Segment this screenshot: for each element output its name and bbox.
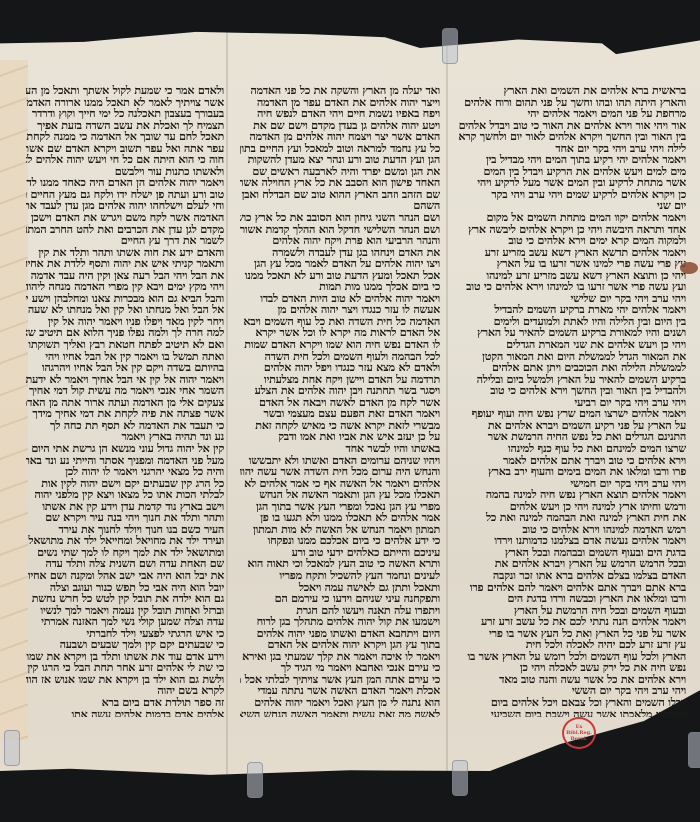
text-line: וברזל ואחות תובל קין נעמה ויאמר למך לנשי… bbox=[26, 605, 224, 617]
text-line: לשמר את דרך עץ החיים bbox=[26, 235, 224, 247]
text-line: ויכלו השמים והארץ וכל צבאם ויכל אלהים בי… bbox=[458, 697, 686, 709]
text-line: והיה כל מצאי יהרגני ויאמר לו יהוה לכן bbox=[26, 466, 224, 478]
text-line: אשר על פני כל הארץ ואת כל העץ אשר בו פרי bbox=[458, 628, 686, 640]
text-line: ותאכל ותתן גם לאישה עמה ויאכל bbox=[240, 582, 440, 594]
text-line: ויאמר אלהים תוצא הארץ נפש חיה למינה בהמה bbox=[458, 489, 686, 501]
text-line: ויאמר יהוה אל קין אי הבל אחיך ויאמר לא י… bbox=[26, 374, 224, 386]
text-line: זה ספר תולדת אדם ביום ברא bbox=[26, 697, 224, 709]
text-line: כל עץ נחמד למראה וטוב למאכל ועץ החיים בת… bbox=[240, 143, 440, 155]
text-line: האדמה כל חית השדה ואת כל עוף השמים ויבא bbox=[240, 316, 440, 328]
text-line: אלהים אדם בדמות אלהים עשה אתו bbox=[26, 709, 224, 717]
text-line: וייצר יהוה אלהים את האדם עפר מן האדמה bbox=[240, 97, 440, 109]
text-line: הוא נתנה לי מן העץ ואכל ויאמר יהוה אלהים bbox=[240, 697, 440, 709]
text-line: לילה ויהי ערב ויהי בקר יום אחד bbox=[458, 143, 686, 155]
text-line: והאדם ידע את חוה אשתו ותהר ותלד את קין bbox=[26, 247, 224, 259]
text-line: באשתו והיו לבשר אחד bbox=[240, 443, 440, 455]
text-line: ויאמר לו איכה ויאמר את קלך שמעתי בגן ואי… bbox=[240, 651, 440, 663]
left-binding-strip bbox=[0, 60, 28, 740]
stamp-line: Berol. bbox=[564, 736, 594, 742]
text-line: ויאמר אלהים נעשה אדם בצלמנו כדמותנו וירד… bbox=[458, 535, 686, 547]
text-line: תרדמה על האדם ויישן ויקח אחת מצלעתיו bbox=[240, 374, 440, 386]
text-line: ושם הנהר השלישי חדקל הוא ההלך קדמת אשור bbox=[240, 224, 440, 236]
text-line: תמתון ויאמר הנחש אל האשה לא מות תמתון bbox=[240, 524, 440, 536]
text-line: ולאדם לא מצא עזר כנגדו ויפל יהוה אלהים bbox=[240, 362, 440, 374]
text-line: ויהי ערב ויהי בקר יום הששי bbox=[458, 685, 686, 697]
text-line: לאשה מה זאת עשית ותאמר האשה הנחש השיאני bbox=[240, 709, 440, 717]
text-line: כן ויקרא אלהים לרקיע שמים ויהי ערב ויהי … bbox=[458, 189, 686, 201]
text-line: ויצו יהוה אלהים על האדם לאמר מכל עץ הגן bbox=[240, 258, 440, 270]
text-line: שרצו המים למינהם ואת כל עוף כנף למינהו bbox=[458, 443, 686, 455]
text-line: ורבו ומלאו את הארץ וכבשה ורדו בדגת הים bbox=[458, 593, 686, 605]
text-line: ויהי ערב ויהי בקר יום שלישי bbox=[458, 293, 686, 305]
text-line: השביעי מלאכתו אשר עשה וישבת ביום השביעי bbox=[458, 709, 686, 717]
mounting-clip bbox=[247, 762, 263, 798]
text-line: ויאמר האדם זאת הפעם עצם מעצמי ובשר bbox=[240, 408, 440, 420]
text-line: כי ידע אלהים כי ביום אכלכם ממנו ונפקחו bbox=[240, 535, 440, 547]
text-line: אשר לקח מן האדם לאשה ויבאה אל האדם bbox=[240, 397, 440, 409]
text-line: והנהר הרביעי הוא פרת ויקח יהוה אלהים bbox=[240, 235, 440, 247]
text-line: את חית הארץ למינה ואת הבהמה למינה ואת כל bbox=[458, 512, 686, 524]
text-line: רמש האדמה למינהו וירא אלהים כי טוב bbox=[458, 524, 686, 536]
text-line: בין היום ובין הלילה והיו לאתת ולמועדים ו… bbox=[458, 316, 686, 328]
text-line: וישב בארץ נוד קדמת עדן וידע קין את אשתו bbox=[26, 501, 224, 513]
text-line: לקרא בשם יהוה bbox=[26, 685, 224, 697]
text-line: ויהי מקץ ימים ויבא קין מפרי האדמה מנחה ל… bbox=[26, 281, 224, 293]
text-line: אעשה לו עזר כנגדו ויצר יהוה אלהים מן bbox=[240, 304, 440, 316]
text-line: האחד פישון הוא הסבב את כל ארץ החוילה אשר bbox=[240, 177, 440, 189]
text-line: כי שת לי אלהים זרע אחר תחת הבל כי הרגו ק… bbox=[26, 662, 224, 674]
text-line: וירא אלהים כי טוב ויברך אתם אלהים לאמר bbox=[458, 455, 686, 467]
stain-mark bbox=[680, 262, 698, 274]
text-line: צעקים אלי מן האדמה ועתה ארור אתה מן האדמ… bbox=[26, 397, 224, 409]
text-line: עץ פרי עשה פרי למינו אשר זרעו בו על הארץ bbox=[458, 258, 686, 270]
text-line: על הארץ על פני רקיע השמים ויברא אלהים את bbox=[458, 420, 686, 432]
text-line: וירא אלהים את כל אשר עשה והנה טוב מאד bbox=[458, 674, 686, 686]
text-line: שם הזהב וזהב הארץ ההוא טוב שם הבדלח ואבן bbox=[240, 189, 440, 201]
text-column-middle: ואד יעלה מן הארץ והשקה את כל פני האדמהוי… bbox=[240, 85, 440, 717]
text-line: ובכל הרמש הרמש על הארץ ויברא אלהים את bbox=[458, 558, 686, 570]
text-line: ויהי כן ותוצא הארץ דשא עשב מזריע זרע למי… bbox=[458, 270, 686, 282]
text-line: אור ויהי אור וירא אלהים את האור כי טוב ו… bbox=[458, 120, 686, 132]
text-line: פרו ורבו ומלאו את המים בימים והעוף ירב ב… bbox=[458, 466, 686, 478]
text-line: ועירד ילד את מחויאל ומחייאל ילד את מתושא… bbox=[26, 535, 224, 547]
text-line: נפש חיה את כל ירק עשב לאכלה ויהי כן bbox=[458, 662, 686, 674]
text-line: ורמש וחיתו ארץ למינה ויהי כן ויעש אלהים bbox=[458, 501, 686, 513]
text-line: בתוך עץ הגן ויקרא יהוה אלהים אל האדם bbox=[240, 639, 440, 651]
text-line: והבל הביא גם הוא מבכרות צאנו ומחלבהן ויש… bbox=[26, 293, 224, 305]
text-line: ויאמר יהוה אלהים הן האדם היה כאחד ממנו ל… bbox=[26, 177, 224, 189]
text-line: וחי לעלם וישלחהו יהוה אלהים מגן עדן לעבד… bbox=[26, 200, 224, 212]
text-line: את הגן ומשם יפרד והיה לארבעה ראשים שם bbox=[240, 166, 440, 178]
text-line: השמר אחי אנכי ויאמר מה עשית קול דמי אחיך bbox=[26, 385, 224, 397]
text-line: ואד יעלה מן הארץ והשקה את כל פני האדמה bbox=[240, 85, 440, 97]
text-line: את המאור הגדל לממשלת היום ואת המאור הקטן bbox=[458, 351, 686, 363]
text-line: כי שבעתים יקם קין ולמך שבעים ושבעה bbox=[26, 639, 224, 651]
text-line: אכלת ויאמר האדם האשה אשר נתתה עמדי bbox=[240, 685, 440, 697]
text-line: וידע אדם עוד את אשתו ותלד בן ויקרא את שמ… bbox=[26, 651, 224, 663]
text-line: עפר אתה ואל עפר תשוב ויקרא האדם שם אשתו bbox=[26, 143, 224, 155]
text-line: ויאמר אלהים יהי מארת ברקיע השמים להבדיל bbox=[458, 304, 686, 316]
text-line: ולמקוה המים קרא ימים וירא אלהים כי טוב bbox=[458, 235, 686, 247]
text-line: כי עירם אתה המן העץ אשר צויתיך לבלתי אכל… bbox=[240, 674, 440, 686]
mounting-clip bbox=[688, 732, 700, 768]
text-line: עיניכם והייתם כאלהים ידעי טוב ורע bbox=[240, 547, 440, 559]
text-line: בעבורך בעצבון תאכלנה כל ימי חייך וקוץ וד… bbox=[26, 108, 224, 120]
text-line: ותהר ותלד את חנוך ויהי בנה עיר ויקרא שם bbox=[26, 512, 224, 524]
text-line: ותרא האשה כי טוב העץ למאכל וכי תאוה הוא bbox=[240, 558, 440, 570]
text-line: תאכל לחם עד שובך אל האדמה כי ממנה לקחת כ… bbox=[26, 131, 224, 143]
dark-background bbox=[0, 0, 700, 40]
text-line: ולאדם אמר כי שמעת לקול אשתך ותאכל מן העץ bbox=[26, 85, 224, 97]
text-line: כי ביום אכלך ממנו מות תמות bbox=[240, 281, 440, 293]
text-line: ויפח באפיו נשמת חיים ויהי האדם לנפש חיה bbox=[240, 108, 440, 120]
text-line: ויטע יהוה אלהים גן בעדן מקדם וישם שם את bbox=[240, 120, 440, 132]
mounting-clip bbox=[452, 760, 468, 796]
text-line: האדמה אשר לקח משם ויגרש את האדם וישכן bbox=[26, 212, 224, 224]
text-line: ויאמר אלהים תדשא הארץ דשא עשב מזריע זרע bbox=[458, 247, 686, 259]
text-line: ואתה תמשל בו ויאמר קין אל הבל אחיו ויהי bbox=[26, 351, 224, 363]
text-line: את יבל הוא היה אבי ישב אהל ומקנה ושם אחי… bbox=[26, 570, 224, 582]
text-line: אשר צויתיך לאמר לא תאכל ממנו ארורה האדמה bbox=[26, 97, 224, 109]
text-line: אלהים ויאמר אל האשה אף כי אמר אלהים לא bbox=[240, 478, 440, 490]
text-line: אכל תאכל ומעץ הדעת טוב ורע לא תאכל ממנו bbox=[240, 270, 440, 282]
text-line: העיר כשם בנו חנוך ויולד לחנוך את עירד bbox=[26, 524, 224, 536]
text-line: ועץ עשה פרי אשר זרעו בו למינהו וירא אלהי… bbox=[458, 281, 686, 293]
text-line: את האדם וינחהו בגן עדן לעבדה ולשמרה bbox=[240, 247, 440, 259]
text-line: כי עירם אנכי ואחבא ויאמר מי הגיד לך bbox=[240, 662, 440, 674]
text-line: טוב ורע ועתה פן ישלח ידו ולקח גם מעץ החי… bbox=[26, 189, 224, 201]
text-line: תאכלו מכל עץ הגן ותאמר האשה אל הנחש bbox=[240, 489, 440, 501]
text-line: אמר אלהים לא תאכלו ממנו ולא תגעו בו פן bbox=[240, 512, 440, 524]
text-line: וישמעו את קול יהוה אלהים מתהלך בגן לרוח bbox=[240, 616, 440, 628]
text-line: עץ זרע זרע לכם יהיה לאכלה ולכל חית bbox=[458, 639, 686, 651]
text-line: ויהי ערב ויהי בקר יום חמישי bbox=[458, 478, 686, 490]
library-stamp: Ex Bibl.Reg. Berol. bbox=[562, 717, 596, 749]
text-line: האדם בצלמו בצלם אלהים ברא אתו זכר ונקבה bbox=[458, 570, 686, 582]
text-line: היום ויתחבא האדם ואשתו מפני יהוה אלהים bbox=[240, 628, 440, 640]
text-line: ומתושאל ילד את למך ויקח לו למך שתי נשים bbox=[26, 547, 224, 559]
text-line: ויאמר אלהים ישרצו המים שרץ נפש חיה ועוף … bbox=[458, 408, 686, 420]
text-line: אשר פצתה את פיה לקחת את דמי אחיך מידך bbox=[26, 408, 224, 420]
column-seam bbox=[226, 28, 228, 798]
text-line: קין אל יהוה גדול עוני מנשא הן גרשת אתי ה… bbox=[26, 443, 224, 455]
text-line: בהיותם בשדה ויקם קין אל הבל אחיו ויהרגהו bbox=[26, 362, 224, 374]
text-line: על כן יעזב איש את אביו ואת אמו ודבק bbox=[240, 431, 440, 443]
text-line: ושנים והיו למאורת ברקיע השמים להאיר על ה… bbox=[458, 327, 686, 339]
text-line: אחד ותראה היבשה ויהי כן ויקרא אלהים ליבש… bbox=[458, 224, 686, 236]
text-line: את הבל ויהי הבל רעה צאן וקין היה עבד אדמ… bbox=[26, 270, 224, 282]
text-line: ותאמר קניתי איש את יהוה ותסף ללדת את אחי… bbox=[26, 258, 224, 270]
text-line: מבשרי לזאת יקרא אשה כי מאיש לקחה זאת bbox=[240, 420, 440, 432]
text-line: לכל הבהמה ולעוף השמים ולכל חית השדה bbox=[240, 351, 440, 363]
mounting-clip bbox=[4, 730, 20, 766]
text-line: כי תעבד את האדמה לא תסף תת כחה לך bbox=[26, 420, 224, 432]
text-line: ברקיע השמים להאיר על הארץ ולמשל ביום ובל… bbox=[458, 374, 686, 386]
text-line: אל האדם לראות מה יקרא לו וכל אשר יקרא bbox=[240, 327, 440, 339]
text-line: חוה כי הוא היתה אם כל חי ויעש יהוה אלהים… bbox=[26, 154, 224, 166]
text-line: כי איש הרגתי לפצעי וילד לחברתי bbox=[26, 628, 224, 640]
text-line: ויהי ערב ויהי בקר יום רביעי bbox=[458, 397, 686, 409]
text-line: יובל הוא היה אבי כל תפש כנור ועוגב וצלה bbox=[26, 582, 224, 594]
text-line: ואם לא תיטיב לפתח חטאת רבץ ואליך תשוקתו bbox=[26, 339, 224, 351]
text-line: אשר מתחת לרקיע ובין המים אשר מעל לרקיע ו… bbox=[458, 177, 686, 189]
text-line: לו האדם נפש חיה הוא שמו ויקרא האדם שמות bbox=[240, 339, 440, 351]
text-line: בדגת הים ובעוף השמים ובבהמה ובכל הארץ bbox=[458, 547, 686, 559]
text-line: ברא אתם ויברך אתם אלהים ויאמר להם אלהים … bbox=[458, 582, 686, 594]
text-line: תצמיח לך ואכלת את עשב השדה בזעת אפיך bbox=[26, 120, 224, 132]
text-line: הגן ועץ הדעת טוב ורע ונהר יצא מעדן להשקו… bbox=[240, 154, 440, 166]
text-line: כל הרג קין שבעתים יקם וישם יהוה לקין אות bbox=[26, 478, 224, 490]
mounting-clip bbox=[442, 28, 458, 64]
text-line: ויתפרו עלה תאנה ויעשו להם חגרת bbox=[240, 605, 440, 617]
text-line: למה חרה לך ולמה נפלו פניך הלוא אם תיטיב … bbox=[26, 327, 224, 339]
text-line: והנחש היה ערום מכל חית השדה אשר עשה יהוה bbox=[240, 466, 440, 478]
text-line: ויאמר אלהים הנה נתתי לכם את כל עשב זרע ז… bbox=[458, 616, 686, 628]
text-line: ויהי כן ויעש אלהים את שני המארת הגדלים bbox=[458, 339, 686, 351]
text-line: ויאמר אלהים יקוו המים מתחת השמים אל מקום bbox=[458, 212, 686, 224]
column-seam bbox=[446, 28, 448, 798]
text-line: מעל פני האדמה ומפניך אסתר והייתי נע ונד … bbox=[26, 455, 224, 467]
text-line: מרחפת על פני המים ויאמר אלהים יהי bbox=[458, 108, 686, 120]
text-line: ולהבדיל בין האור ובין החשך וירא אלהים כי… bbox=[458, 385, 686, 397]
text-line: יום שני bbox=[458, 200, 686, 212]
text-line: האדם אשר יצר ויצמח יהוה אלהים מן האדמה bbox=[240, 131, 440, 143]
text-line: בראשית ברא אלהים את השמים ואת הארץ bbox=[458, 85, 686, 97]
text-line: גם הוא ילדה את תובל קין לטש כל חרש נחשת bbox=[26, 593, 224, 605]
text-line: השהם bbox=[240, 200, 440, 212]
text-line: מים למים ויעש אלהים את הרקיע ויבדל בין ה… bbox=[458, 166, 686, 178]
text-line: ויהיו שניהם ערומים האדם ואשתו ולא יתבששו bbox=[240, 455, 440, 467]
text-line: בין האור ובין החשך ויקרא אלהים לאור יום … bbox=[458, 131, 686, 143]
text-line: ולאשתו כתנות עור וילבשם bbox=[26, 166, 224, 178]
text-line: נע ונד תהיה בארץ ויאמר bbox=[26, 431, 224, 443]
text-line: ויחר לקין מאד ויפלו פניו ויאמר יהוה אל ק… bbox=[26, 316, 224, 328]
text-line: הארץ ולכל עוף השמים ולכל רומש על הארץ אש… bbox=[458, 651, 686, 663]
text-line: והארץ היתה תהו ובהו וחשך על פני תהום ורו… bbox=[458, 97, 686, 109]
text-line: שם האחת עדה ושם השנית צלה ותלד עדה bbox=[26, 558, 224, 570]
text-line: ולשת גם הוא ילד בן ויקרא את שמו אנוש אז … bbox=[26, 674, 224, 686]
text-line: ובעוף השמים ובכל חיה הרמשת על הארץ bbox=[458, 605, 686, 617]
text-column-left: ולאדם אמר כי שמעת לקול אשתך ותאכל מן העץ… bbox=[26, 85, 224, 717]
text-line: ויאמר אלהים יהי רקיע בתוך המים ויהי מבדי… bbox=[458, 154, 686, 166]
text-line: לממשלת הלילה ואת הכוכבים ויתן אתם אלהים bbox=[458, 362, 686, 374]
text-line: התנינם הגדלים ואת כל נפש החיה הרמשת אשר bbox=[458, 431, 686, 443]
text-line: לעינים ונחמד העץ להשכיל ותקח מפריו bbox=[240, 570, 440, 582]
text-column-right: בראשית ברא אלהים את השמים ואת הארץוהארץ … bbox=[458, 85, 686, 717]
text-line: עדה וצלה שמען קולי נשי למך האזנה אמרתי bbox=[26, 616, 224, 628]
text-line: ויסגר בשר תחתנה ויבן יהוה אלהים את הצלע bbox=[240, 385, 440, 397]
text-line: מקדם לגן עדן את הכרבים ואת להט החרב המתה… bbox=[26, 224, 224, 236]
text-line: ושם הנהר השני גיחון הוא הסובב את כל ארץ … bbox=[240, 212, 440, 224]
text-line: ויאמר יהוה אלהים לא טוב היות האדם לבדו bbox=[240, 293, 440, 305]
text-line: מפרי עץ הגן נאכל ומפרי העץ אשר בתוך הגן bbox=[240, 501, 440, 513]
text-line: אל הבל ואל מנחתו ואל קין ואל מנחתו לא שע… bbox=[26, 304, 224, 316]
text-line: ותפקחנה עיני שניהם וידעו כי עירמם הם bbox=[240, 593, 440, 605]
text-line: לבלתי הכות אתו כל מצאו ויצא קין מלפני יה… bbox=[26, 489, 224, 501]
